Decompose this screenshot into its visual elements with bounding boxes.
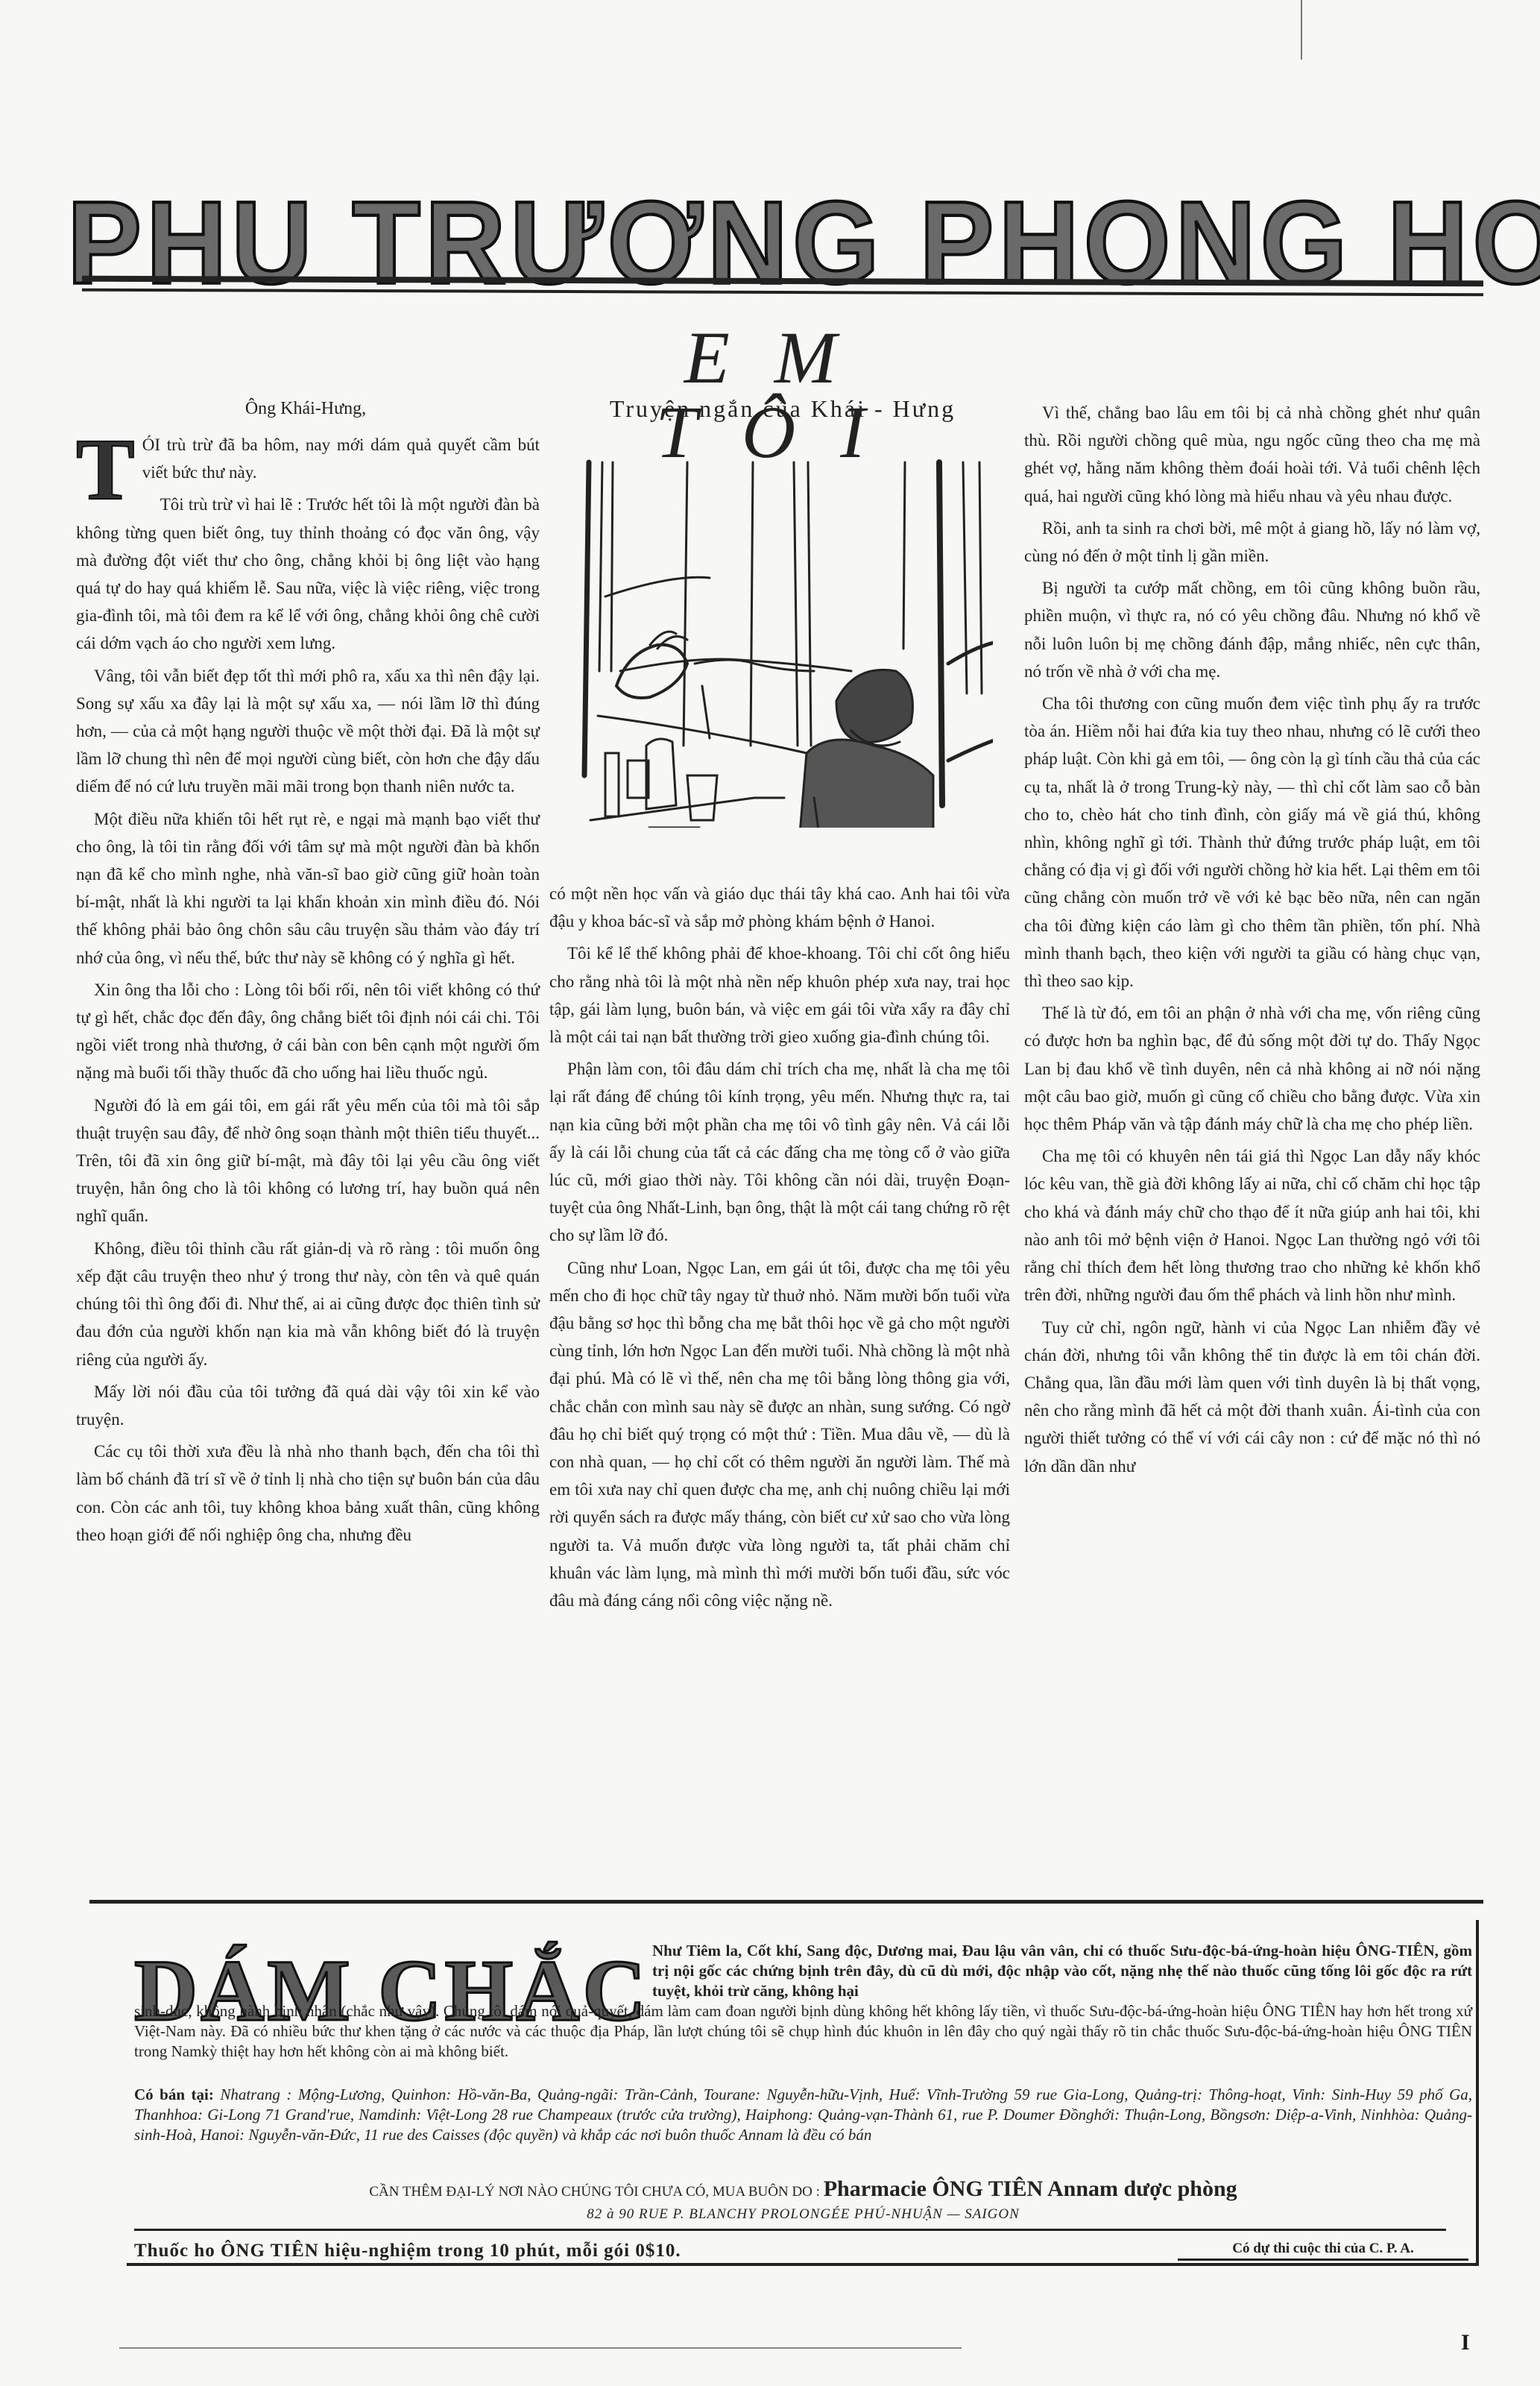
paragraph: Tôi trù trừ vì hai lẽ : Trước hết tôi là… [76, 491, 540, 657]
ad-sellers: Có bán tại: Nhatrang : Mộng-Lương, Quinh… [134, 2085, 1472, 2145]
paragraph: Xin ông tha lỗi cho : Lòng tôi bối rối, … [76, 976, 540, 1087]
paragraph: Các cụ tôi thời xưa đều là nhà nho thanh… [76, 1438, 540, 1549]
article-column-1: T ÓI trù trừ đã ba hôm, nay mới dám quả … [76, 431, 540, 1553]
paragraph: Người đó là em gái tôi, em gái rất yêu m… [76, 1092, 540, 1230]
article-column-3: Vì thế, chẳng bao lâu em tôi bị cả nhà c… [1024, 399, 1480, 1485]
paragraph: Cha mẹ tôi có khuyên nên tái giá thì Ngọ… [1024, 1142, 1480, 1309]
ad-intro-text: Như Tiêm la, Cốt khí, Sang độc, Dương ma… [652, 1941, 1472, 2001]
ad-agent-prefix: CẦN THÊM ĐẠI-LÝ NƠI NÀO CHÚNG TÔI CHƯA C… [369, 2184, 820, 2200]
page-number: I [1461, 2330, 1470, 2355]
paragraph: Vâng, tôi vẫn biết đẹp tốt thì mới phô r… [76, 662, 540, 801]
page-edge-line [119, 2347, 962, 2349]
story-byline: Truyện ngắn của Khái - Hưng [552, 395, 1014, 423]
ad-pharmacy-name: Pharmacie ÔNG TIÊN Annam dược phòng [824, 2176, 1237, 2201]
article-column-2: có một nền học vấn và giáo dục thái tây … [549, 880, 1010, 1619]
scan-mark [1301, 0, 1302, 60]
ad-agent-line: CẦN THÊM ĐẠI-LÝ NƠI NÀO CHÚNG TÔI CHƯA C… [134, 2179, 1472, 2202]
paragraph: Thế là từ đó, em tôi an phận ở nhà với c… [1024, 999, 1480, 1138]
paragraph: Mấy lời nói đầu của tôi tưởng đã quá dài… [76, 1378, 540, 1433]
ad-sellers-list: Nhatrang : Mộng-Lương, Quinhon: Hồ-văn-B… [134, 2086, 1472, 2144]
section-divider [89, 1900, 1483, 1904]
ad-body-text: sinh-dục, không hành bịnh nhân (chắc như… [134, 2001, 1472, 2062]
ad-contest-note: Có dự thi cuộc thi của C. P. A. [1178, 2238, 1468, 2261]
paragraph: Không, điều tôi thỉnh cầu rất giản-dị và… [76, 1235, 540, 1373]
paragraph: Cũng như Loan, Ngọc Lan, em gái út tôi, … [549, 1254, 1010, 1615]
story-title: EM TÔI [552, 321, 1014, 395]
ad-sellers-label: Có bán tại: [134, 2086, 214, 2103]
paragraph: Rồi, anh ta sinh ra chơi bời, mê một ả g… [1024, 514, 1480, 570]
paragraph: Bị người ta cướp mất chồng, em tôi cũng … [1024, 574, 1480, 685]
ad-divider [134, 2229, 1446, 2231]
paragraph: Phận làm con, tôi đâu dám chỉ trích cha … [549, 1055, 1010, 1249]
ad-cough-medicine: Thuốc ho ÔNG TIÊN hiệu-nghiệm trong 10 p… [134, 2241, 1029, 2261]
letter-salutation: Ông Khái-Hưng, [71, 395, 540, 423]
paragraph: Vì thế, chẳng bao lâu em tôi bị cả nhà c… [1024, 399, 1480, 510]
paragraph: Tôi kể lể thế không phải để khoe-khoang.… [549, 939, 1010, 1051]
illustration-sickroom-icon [561, 447, 993, 828]
drop-cap: T [76, 437, 135, 506]
paragraph: Cha tôi thương con cũng muốn đem việc tì… [1024, 690, 1480, 995]
paragraph: có một nền học vấn và giáo dục thái tây … [549, 880, 1010, 935]
paragraph: Tuy cử chỉ, ngôn ngữ, hành vi của Ngọc L… [1024, 1314, 1480, 1480]
ad-address: 82 à 90 RUE P. BLANCHY PROLONGÉE PHÚ-NHU… [134, 2204, 1472, 2224]
paragraph: ÓI trù trừ đã ba hôm, nay mới dám quả qu… [76, 431, 540, 486]
paragraph: Một điều nữa khiến tôi hết rụt rè, e ngạ… [76, 805, 540, 972]
